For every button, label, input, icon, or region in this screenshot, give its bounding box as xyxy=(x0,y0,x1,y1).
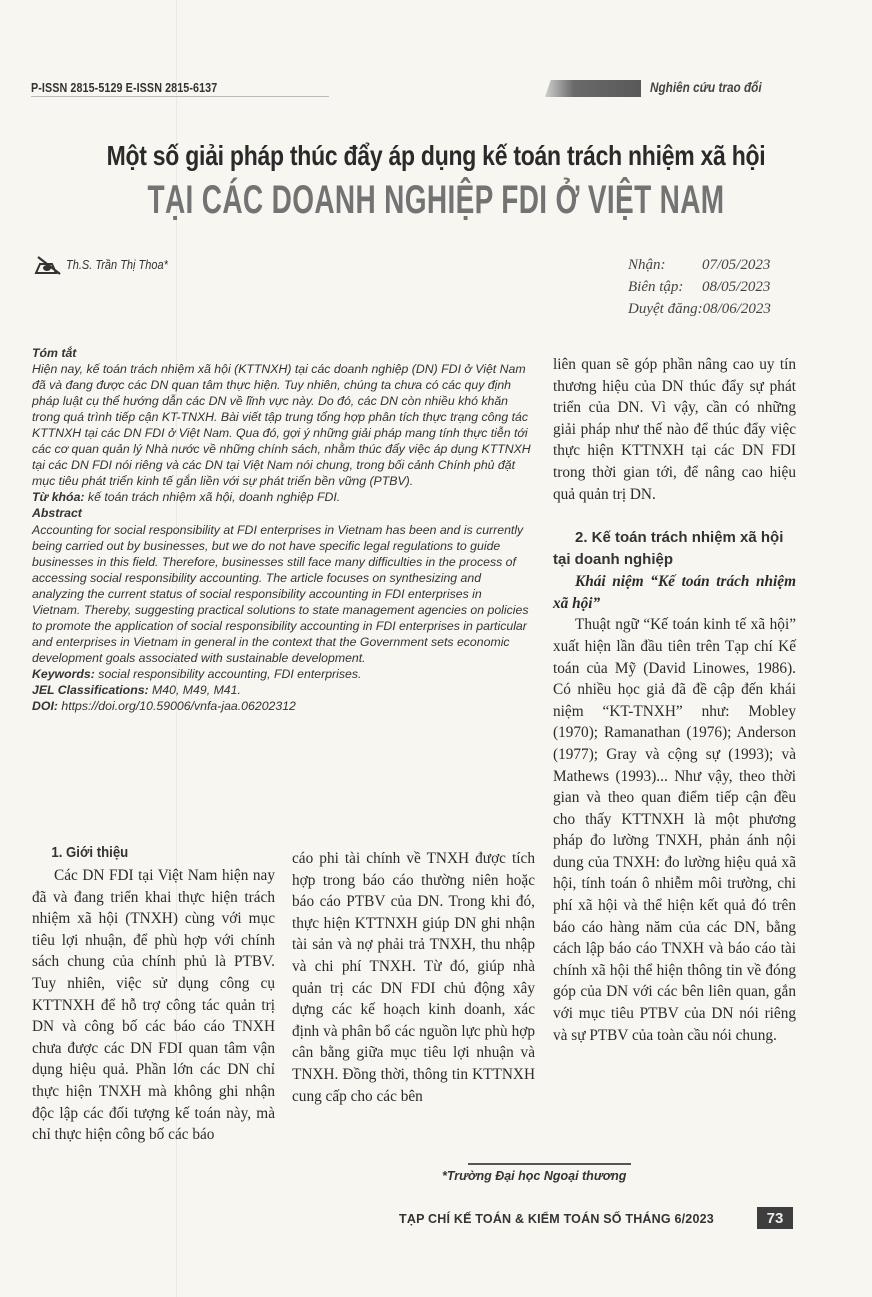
column-3: liên quan sẽ góp phần nâng cao uy tín th… xyxy=(553,354,796,1046)
abstract-block: Tóm tắt Hiện nay, kế toán trách nhiệm xã… xyxy=(32,345,532,714)
abstract-en-heading: Abstract xyxy=(32,505,532,521)
date-value: 08/06/2023 xyxy=(703,298,771,320)
jel-classifications: JEL Classifications: M40, M49, M41. xyxy=(32,682,532,698)
keywords-en: Keywords: social responsibility accounti… xyxy=(32,666,532,682)
section2-paragraph: Thuật ngữ “Kế toán kinh tế xã hội” xuất … xyxy=(553,614,796,1046)
section2-subheading: Khái niệm “Kế toán trách nhiệm xã hội” xyxy=(553,571,796,614)
jel-label: JEL Classifications: xyxy=(32,683,149,697)
article-dates: Nhận: 07/05/2023 Biên tập: 08/05/2023 Du… xyxy=(628,254,771,320)
date-value: 07/05/2023 xyxy=(702,254,770,276)
jel-value: M40, M49, M41. xyxy=(149,683,241,697)
keywords-vi-value: kế toán trách nhiệm xã hội, doanh nghiệp… xyxy=(85,490,341,504)
page-number: 73 xyxy=(757,1207,793,1229)
date-value: 08/05/2023 xyxy=(702,276,770,298)
doi-link[interactable]: https://doi.org/10.59006/vnfa-jaa.062023… xyxy=(58,699,296,713)
keywords-en-label: Keywords: xyxy=(32,667,95,681)
keywords-en-value: social responsibility accounting, FDI en… xyxy=(95,667,362,681)
section-label: Nghiên cứu trao đổi xyxy=(650,79,762,95)
pen-writing-icon xyxy=(34,255,64,275)
article-title-line1: Một số giải pháp thúc đẩy áp dụng kế toá… xyxy=(78,140,793,172)
abstract-vi-heading: Tóm tắt xyxy=(32,345,532,361)
section1-paragraph-end: liên quan sẽ góp phần nâng cao uy tín th… xyxy=(553,354,796,505)
issn-header: P-ISSN 2815-5129 E-ISSN 2815-6137 xyxy=(31,81,217,95)
date-label: Duyệt đăng: xyxy=(628,298,703,320)
section1-paragraph: Các DN FDI tại Việt Nam hiện nay đã và đ… xyxy=(32,865,275,1146)
doi: DOI: https://doi.org/10.59006/vnfa-jaa.0… xyxy=(32,698,532,714)
section1-paragraph-cont: cáo phi tài chính về TNXH được tích hợp … xyxy=(292,848,535,1107)
section2-heading: 2. Kế toán trách nhiệm xã hội tại doanh … xyxy=(553,527,796,571)
section1-heading: 1. Giới thiệu xyxy=(32,842,246,864)
header-rule xyxy=(31,96,329,97)
author-block: Th.S. Trần Thị Thoa* xyxy=(34,255,182,275)
author-affiliation-footnote: *Trường Đại học Ngoại thương xyxy=(442,1169,626,1183)
abstract-en-text: Accounting for social responsibility at … xyxy=(32,522,532,666)
doi-label: DOI: xyxy=(32,699,58,713)
date-received: Nhận: 07/05/2023 xyxy=(628,254,771,276)
date-label: Biên tập: xyxy=(628,276,702,298)
column-1: 1. Giới thiệu Các DN FDI tại Việt Nam hi… xyxy=(32,842,275,1146)
date-approved: Duyệt đăng: 08/06/2023 xyxy=(628,298,771,320)
column-2: cáo phi tài chính về TNXH được tích hợp … xyxy=(292,848,535,1107)
keywords-vi: Từ khóa: kế toán trách nhiệm xã hội, doa… xyxy=(32,489,532,505)
footnote-rule xyxy=(468,1163,631,1165)
date-label: Nhận: xyxy=(628,254,702,276)
abstract-vi-text: Hiện nay, kế toán trách nhiệm xã hội (KT… xyxy=(32,361,532,489)
keywords-vi-label: Từ khóa: xyxy=(32,490,85,504)
journal-footer: TẠP CHÍ KẾ TOÁN & KIỂM TOÁN SỐ THÁNG 6/2… xyxy=(399,1212,714,1226)
author-name: Th.S. Trần Thị Thoa* xyxy=(66,258,168,272)
article-title-line2: TẠI CÁC DOANH NGHIỆP FDI Ở VIỆT NAM xyxy=(131,178,741,223)
section-bar xyxy=(545,80,641,97)
date-edited: Biên tập: 08/05/2023 xyxy=(628,276,771,298)
